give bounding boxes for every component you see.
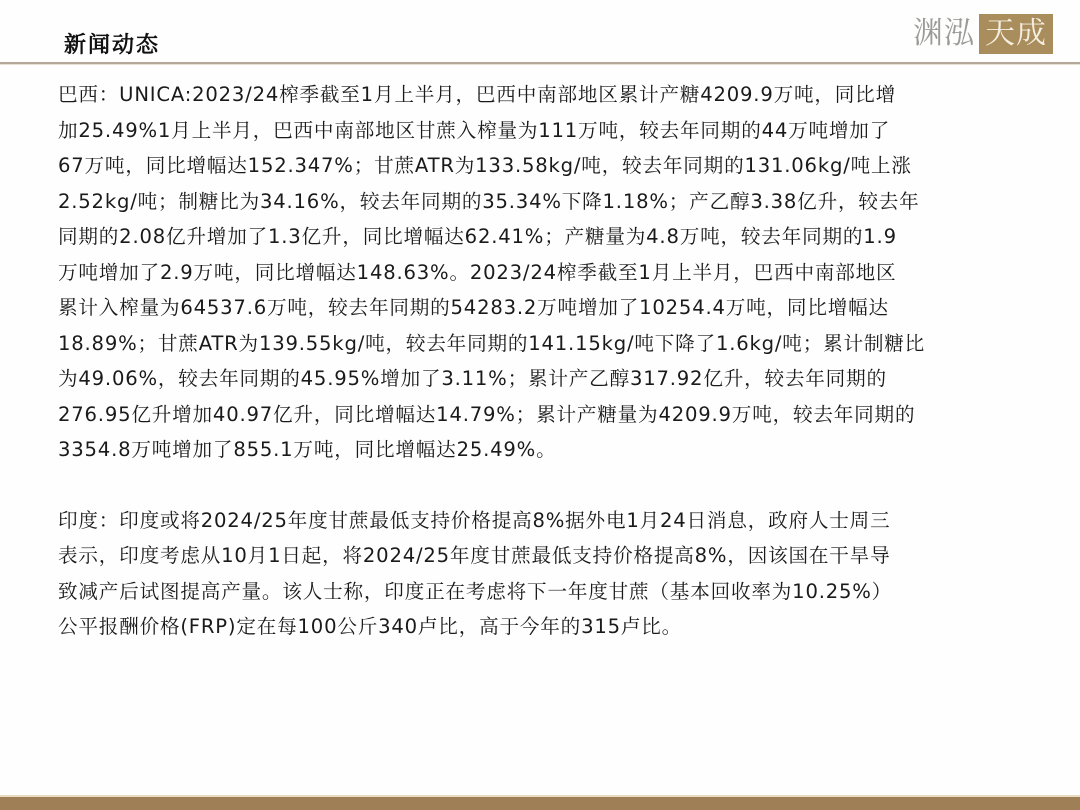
text-line: 同期的2.08亿升增加了1.3亿升，同比增幅达62.41%；产糖量为4.8万吨，… <box>58 219 1003 255</box>
logo-text-left: 渊泓 <box>913 14 979 54</box>
news-content: 巴西：UNICA:2023/24榨季截至1月上半月，巴西中南部地区累计产糖420… <box>58 77 1003 645</box>
logo-text-box: 天成 <box>979 14 1053 54</box>
text-line: 18.89%；甘蔗ATR为139.55kg/吨，较去年同期的141.15kg/吨… <box>58 326 1003 362</box>
text-line: 表示，印度考虑从10月1日起，将2024/25年度甘蔗最低支持价格提高8%，因该… <box>58 538 1003 574</box>
text-line: 巴西：UNICA:2023/24榨季截至1月上半月，巴西中南部地区累计产糖420… <box>58 77 1003 113</box>
news-paragraph-india: 印度：印度或将2024/25年度甘蔗最低支持价格提高8%据外电1月24日消息，政… <box>58 503 1003 645</box>
text-line: 276.95亿升增加40.97亿升，同比增幅达14.79%；累计产糖量为4209… <box>58 397 1003 433</box>
text-line: 致减产后试图提高产量。该人士称，印度正在考虑将下一年度甘蔗（基本回收率为10.2… <box>58 574 1003 610</box>
text-line: 公平报酬价格(FRP)定在每100公斤340卢比，高于今年的315卢比。 <box>58 609 1003 645</box>
text-line: 2.52kg/吨；制糖比为34.16%，较去年同期的35.34%下降1.18%；… <box>58 184 1003 220</box>
text-line: 加25.49%1月上半月，巴西中南部地区甘蔗入榨量为111万吨，较去年同期的44… <box>58 113 1003 149</box>
text-line: 为49.06%，较去年同期的45.95%增加了3.11%；累计产乙醇317.92… <box>58 361 1003 397</box>
text-line: 万吨增加了2.9万吨，同比增幅达148.63%。2023/24榨季截至1月上半月… <box>58 255 1003 291</box>
header-divider <box>0 62 1080 64</box>
text-line: 印度：印度或将2024/25年度甘蔗最低支持价格提高8%据外电1月24日消息，政… <box>58 503 1003 539</box>
company-logo: 渊泓 天成 <box>913 14 1053 54</box>
text-line: 累计入榨量为64537.6万吨，较去年同期的54283.2万吨增加了10254.… <box>58 290 1003 326</box>
news-paragraph-brazil: 巴西：UNICA:2023/24榨季截至1月上半月，巴西中南部地区累计产糖420… <box>58 77 1003 468</box>
text-line: 67万吨，同比增幅达152.347%；甘蔗ATR为133.58kg/吨，较去年同… <box>58 148 1003 184</box>
page-title: 新闻动态 <box>64 28 160 59</box>
footer-bar <box>0 795 1080 810</box>
text-line: 3354.8万吨增加了855.1万吨，同比增幅达25.49%。 <box>58 432 1003 468</box>
